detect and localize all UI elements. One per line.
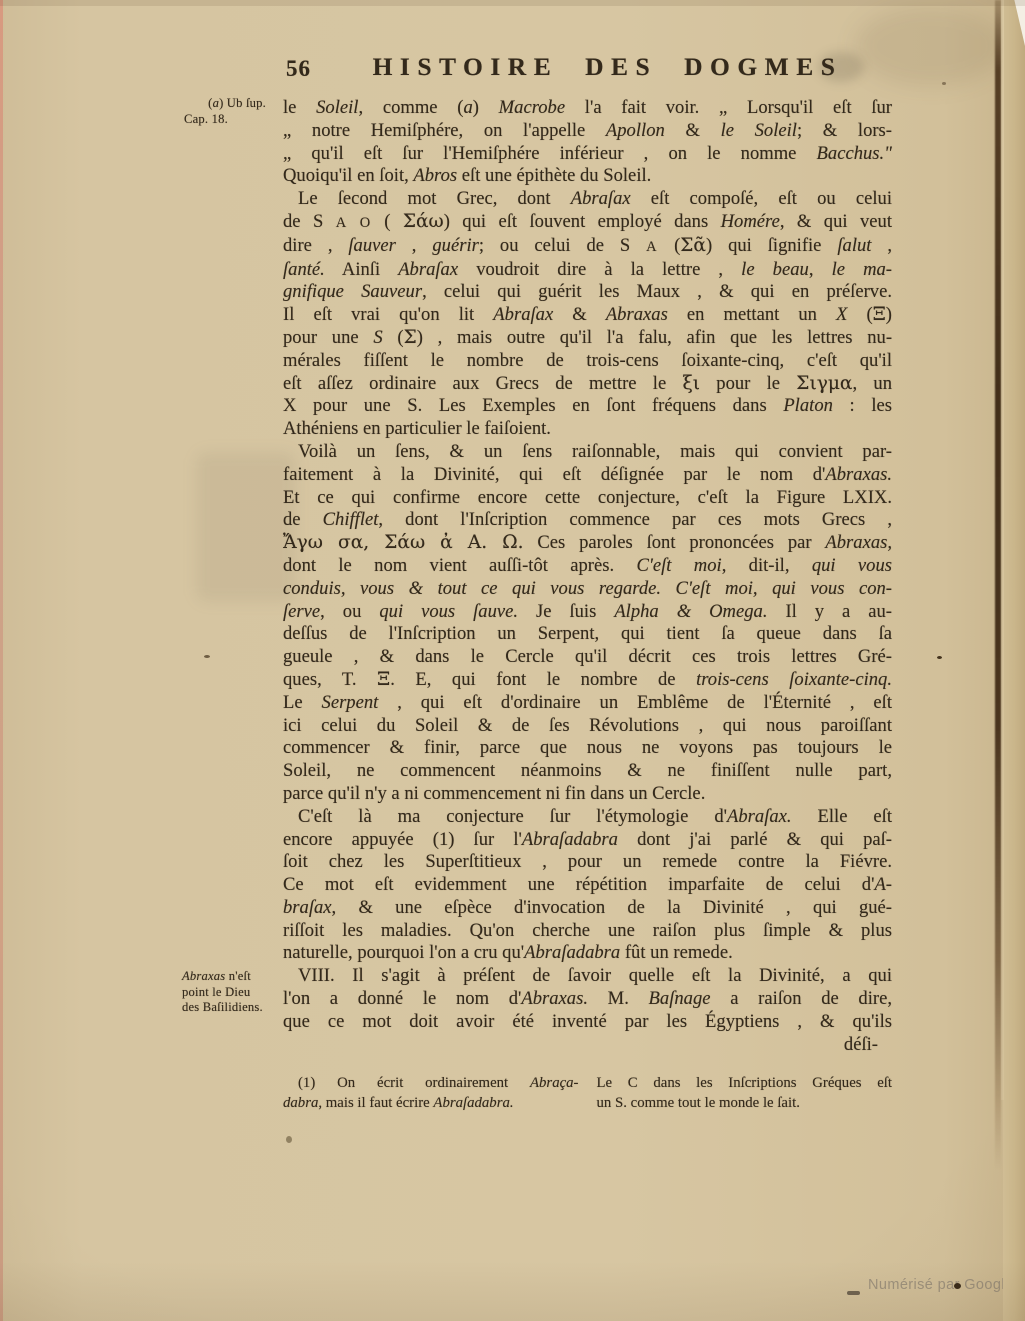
top-vignette: [0, 0, 1025, 6]
bleed-through-ghost: [196, 452, 296, 602]
text-line: ques, T. Ξ. E, qui font le nombre de tro…: [283, 669, 892, 692]
text-line: pour une S (Σ) , mais outre qu'il l'a fa…: [283, 327, 892, 350]
text-line: ſerve, ou qui vous ſauve. Je ſuis Alpha …: [283, 601, 892, 624]
text-line: deſſus de l'Inſcription un Serpent, qui …: [283, 623, 892, 646]
text-line: C'eſt là ma conjecture ſur l'étymologie …: [283, 806, 892, 829]
text-line: Quoiqu'il en ſoit, Abros eſt une épithèt…: [283, 165, 892, 188]
text-line: Le ſecond mot Grec, dont Abraſax eſt com…: [283, 188, 892, 211]
page-header: 56 HISTOIRE DES DOGMES: [283, 50, 892, 90]
text-line: déſi-: [283, 1034, 892, 1057]
ink-speck: [937, 656, 942, 659]
left-page-edge: [0, 0, 3, 1321]
text-line: „ notre Hemiſphére, on l'appelle Apollon…: [283, 120, 892, 143]
text-line: l'on a donné le nom d'Abraxas. M. Baſnag…: [283, 988, 892, 1011]
paragraph: C'eſt là ma conjecture ſur l'étymologie …: [283, 806, 892, 966]
text-line: dire , ſauver , guérir; ou celui de S A …: [283, 235, 892, 259]
text-line: Cap. 18.: [184, 112, 280, 128]
margin-note-citation: (a) Ub ſup.Cap. 18.: [184, 96, 280, 127]
text-line: (a) Ub ſup.: [184, 96, 280, 112]
text-line: point le Dieu: [182, 985, 286, 1001]
text-line: mérales fiſſent le nombre de trois-cens …: [283, 350, 892, 373]
text-line: gnifique Sauveur, celui qui guérit les M…: [283, 281, 892, 304]
text-line: ici celui du Soleil & de ſes Révolutions…: [283, 715, 892, 738]
text-line: naturelle, pourquoi l'on a cru qu'Abraſa…: [283, 942, 892, 965]
text-line: riſſoit les maladies. Qu'on cherche une …: [283, 920, 892, 943]
footnote-left-column: (1) On écrit ordinairement Abraça-dabra,…: [283, 1074, 579, 1113]
text-line: Abraxas n'eſt: [182, 969, 286, 985]
text-line: Athéniens en particulier le faiſoient.: [283, 418, 892, 441]
ink-speck: [942, 82, 946, 85]
text-line: Il eſt vrai qu'on lit Abraſax & Abraxas …: [283, 304, 892, 327]
text-line: Le Serpent , qui eſt d'ordinaire un Embl…: [283, 692, 892, 715]
right-page-edge: [1003, 0, 1025, 1321]
text-line: Ce mot eſt evidemment une répétition imp…: [283, 874, 892, 897]
ink-speck: [204, 655, 210, 658]
text-line: de S A O ( Σάω) qui eſt ſouvent employé …: [283, 211, 892, 235]
text-line: un S. comme tout le monde le ſait.: [597, 1094, 893, 1114]
text-line: braſax, & une eſpèce d'invocation de la …: [283, 897, 892, 920]
text-line: encore appuyée (1) ſur l'Abraſadabra don…: [283, 829, 892, 852]
ink-speck: [286, 1136, 292, 1143]
text-line: VIII. Il s'agit à préſent de ſavoir quel…: [283, 965, 892, 988]
text-line: Ἄγω σα, Σάω ἀ Α. Ω. Ces paroles ſont pro…: [283, 532, 892, 555]
text-line: des Baſilidiens.: [182, 1000, 286, 1016]
text-line: X pour une S. Les Exemples en ſont fréqu…: [283, 395, 892, 418]
paragraph: VIII. Il s'agit à préſent de ſavoir quel…: [283, 965, 892, 1056]
text-line: ſanté. Ainſi Abraſax voudroit dire à la …: [283, 259, 892, 282]
paragraph: Le ſecond mot Grec, dont Abraſax eſt com…: [283, 188, 892, 441]
text-line: eſt aſſez ordinaire aux Grecs de mettre …: [283, 373, 892, 396]
text-line: Soleil, ne commencent néanmoins & ne fin…: [283, 760, 892, 783]
text-line: de Chifflet, dont l'Inſcription commence…: [283, 509, 892, 532]
page-number: 56: [286, 56, 311, 82]
margin-note-abraxas: Abraxas n'eſtpoint le Dieudes Baſilidien…: [182, 969, 286, 1016]
text-line: Voilà un ſens, & un ſens raiſonnable, ma…: [283, 441, 892, 464]
page-crease-highlight: [1001, 0, 1004, 1100]
text-line: gueule , & dans le Cercle qu'il décrit c…: [283, 646, 892, 669]
footnotes-block: (1) On écrit ordinairement Abraça-dabra,…: [283, 1074, 892, 1113]
text-line: dont le nom vient auſſi-tôt après. C'eſt…: [283, 555, 892, 578]
running-title: HISTOIRE DES DOGMES: [323, 52, 892, 82]
text-line: Et ce qui confirme encore cette conjectu…: [283, 487, 892, 510]
text-line: Le C dans les Inſcriptions Gréques eſt: [597, 1074, 893, 1094]
text-line: le Soleil, comme (a) Macrobe l'a fait vo…: [283, 97, 892, 120]
book-page-scan: 56 HISTOIRE DES DOGMES (a) Ub ſup.Cap. 1…: [0, 0, 1025, 1321]
text-line: commencer & finir, parce que nous ne voy…: [283, 737, 892, 760]
text-line: parce qu'il n'y a ni commencement ni fin…: [283, 783, 892, 806]
text-line: ſoit chez les Superſtitieux , pour un re…: [283, 851, 892, 874]
footnote-right-column: Le C dans les Inſcriptions Gréques eſtun…: [597, 1074, 893, 1113]
text-line: que ce mot doit avoir été inventé par le…: [283, 1011, 892, 1034]
paragraph: Voilà un ſens, & un ſens raiſonnable, ma…: [283, 441, 892, 806]
body-text-block: le Soleil, comme (a) Macrobe l'a fait vo…: [283, 97, 892, 1056]
text-line: (1) On écrit ordinairement Abraça-: [283, 1074, 579, 1094]
text-line: conduis, vous & tout ce qui vous regarde…: [283, 578, 892, 601]
ink-speck: [847, 1291, 860, 1295]
paragraph: le Soleil, comme (a) Macrobe l'a fait vo…: [283, 97, 892, 188]
bottom-vignette: [0, 1261, 1025, 1321]
text-line: dabra, mais il faut écrire Abraſadabra.: [283, 1094, 579, 1114]
text-line: faitement à la Divinité, qui eſt déſigné…: [283, 464, 892, 487]
text-line: „ qu'il eſt ſur l'Hemiſphére inférieur ,…: [283, 143, 892, 166]
ink-speck: [954, 1283, 961, 1289]
